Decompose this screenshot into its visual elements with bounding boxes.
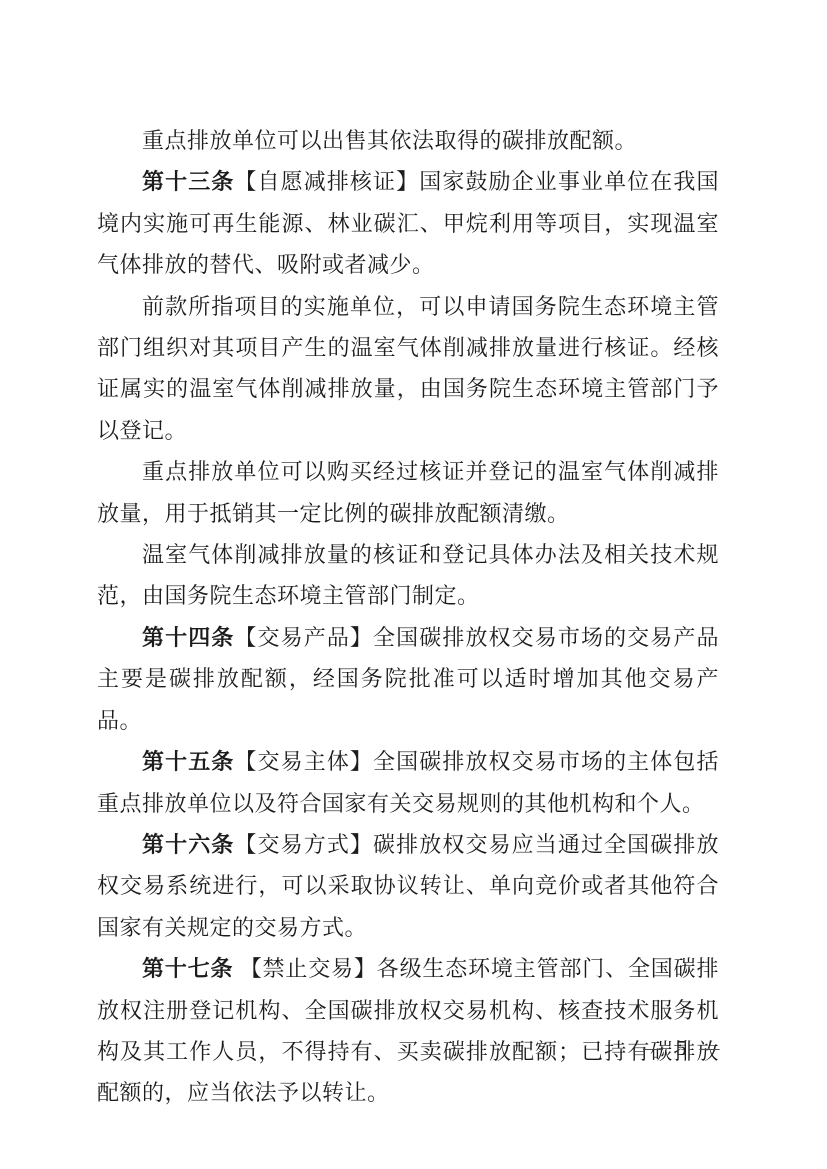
paragraph: 第十六条【交易方式】碳排放权交易应当通过全国碳排放权交易系统进行，可以采取协议转…: [97, 824, 719, 948]
document-body: 重点排放单位可以出售其依法取得的碳排放配额。 第十三条【自愿减排核证】国家鼓励企…: [97, 120, 719, 1114]
paragraph-text: 前款所指项目的实施单位，可以申请国务院生态环境主管部门组织对其项目产生的温室气体…: [97, 294, 719, 443]
paragraph: 前款所指项目的实施单位，可以申请国务院生态环境主管部门组织对其项目产生的温室气体…: [97, 286, 719, 452]
document-page: 重点排放单位可以出售其依法取得的碳排放配额。 第十三条【自愿减排核证】国家鼓励企…: [0, 0, 827, 1169]
article-number: 第十四条: [142, 625, 234, 650]
paragraph-text: 温室气体削减排放量的核证和登记具体办法及相关技术规范，由国务院生态环境主管部门制…: [97, 542, 719, 608]
paragraph: 重点排放单位可以出售其依法取得的碳排放配额。: [97, 120, 719, 161]
paragraph-text: 重点排放单位可以购买经过核证并登记的温室气体削减排放量，用于抵销其一定比例的碳排…: [97, 459, 719, 525]
footer-dash-right: —: [700, 1037, 720, 1060]
footer-dash-left: —: [643, 1037, 663, 1060]
paragraph: 第十三条【自愿减排核证】国家鼓励企业事业单位在我国境内实施可再生能源、林业碳汇、…: [97, 161, 719, 285]
article-number: 第十三条: [142, 169, 234, 194]
article-title: 【交易主体】: [234, 749, 373, 774]
page-number: 5: [676, 1036, 687, 1061]
article-title: 【交易方式】: [234, 832, 373, 857]
paragraph: 第十五条【交易主体】全国碳排放权交易市场的主体包括重点排放单位以及符合国家有关交…: [97, 741, 719, 824]
paragraph: 第十七条 【禁止交易】各级生态环境主管部门、全国碳排放权注册登记机构、全国碳排放…: [97, 948, 719, 1114]
article-number: 第十六条: [142, 832, 234, 857]
article-number: 第十七条: [142, 956, 233, 981]
page-number-footer: — 5 —: [643, 1036, 720, 1061]
article-number: 第十五条: [142, 749, 234, 774]
paragraph: 重点排放单位可以购买经过核证并登记的温室气体削减排放量，用于抵销其一定比例的碳排…: [97, 451, 719, 534]
paragraph-text: 重点排放单位可以出售其依法取得的碳排放配额。: [142, 128, 637, 153]
article-title: 【禁止交易】: [240, 956, 377, 981]
paragraph: 第十四条【交易产品】全国碳排放权交易市场的交易产品主要是碳排放配额，经国务院批准…: [97, 617, 719, 741]
article-title: 【交易产品】: [234, 625, 373, 650]
paragraph: 温室气体削减排放量的核证和登记具体办法及相关技术规范，由国务院生态环境主管部门制…: [97, 534, 719, 617]
article-title: 【自愿减排核证】: [234, 169, 419, 194]
